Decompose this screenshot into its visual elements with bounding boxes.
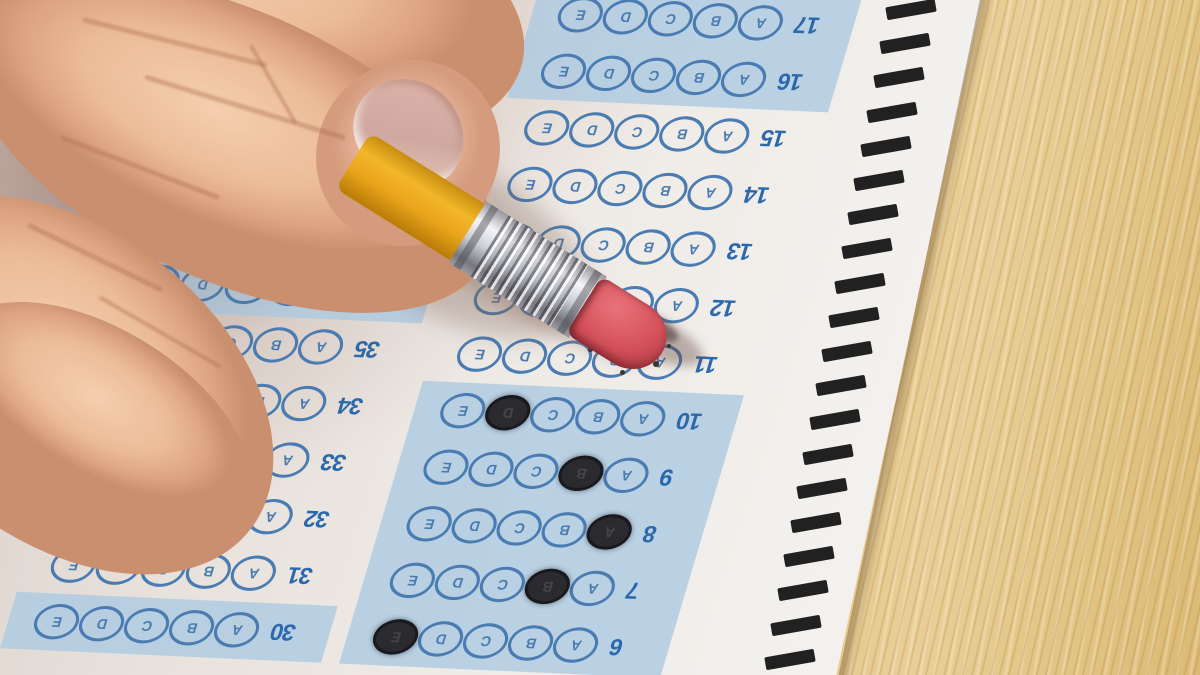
photo-scene: 6ABCDE7ABCDE8ABCDE9ABCDE10ABCDE11ABCDE12…	[0, 0, 1200, 675]
